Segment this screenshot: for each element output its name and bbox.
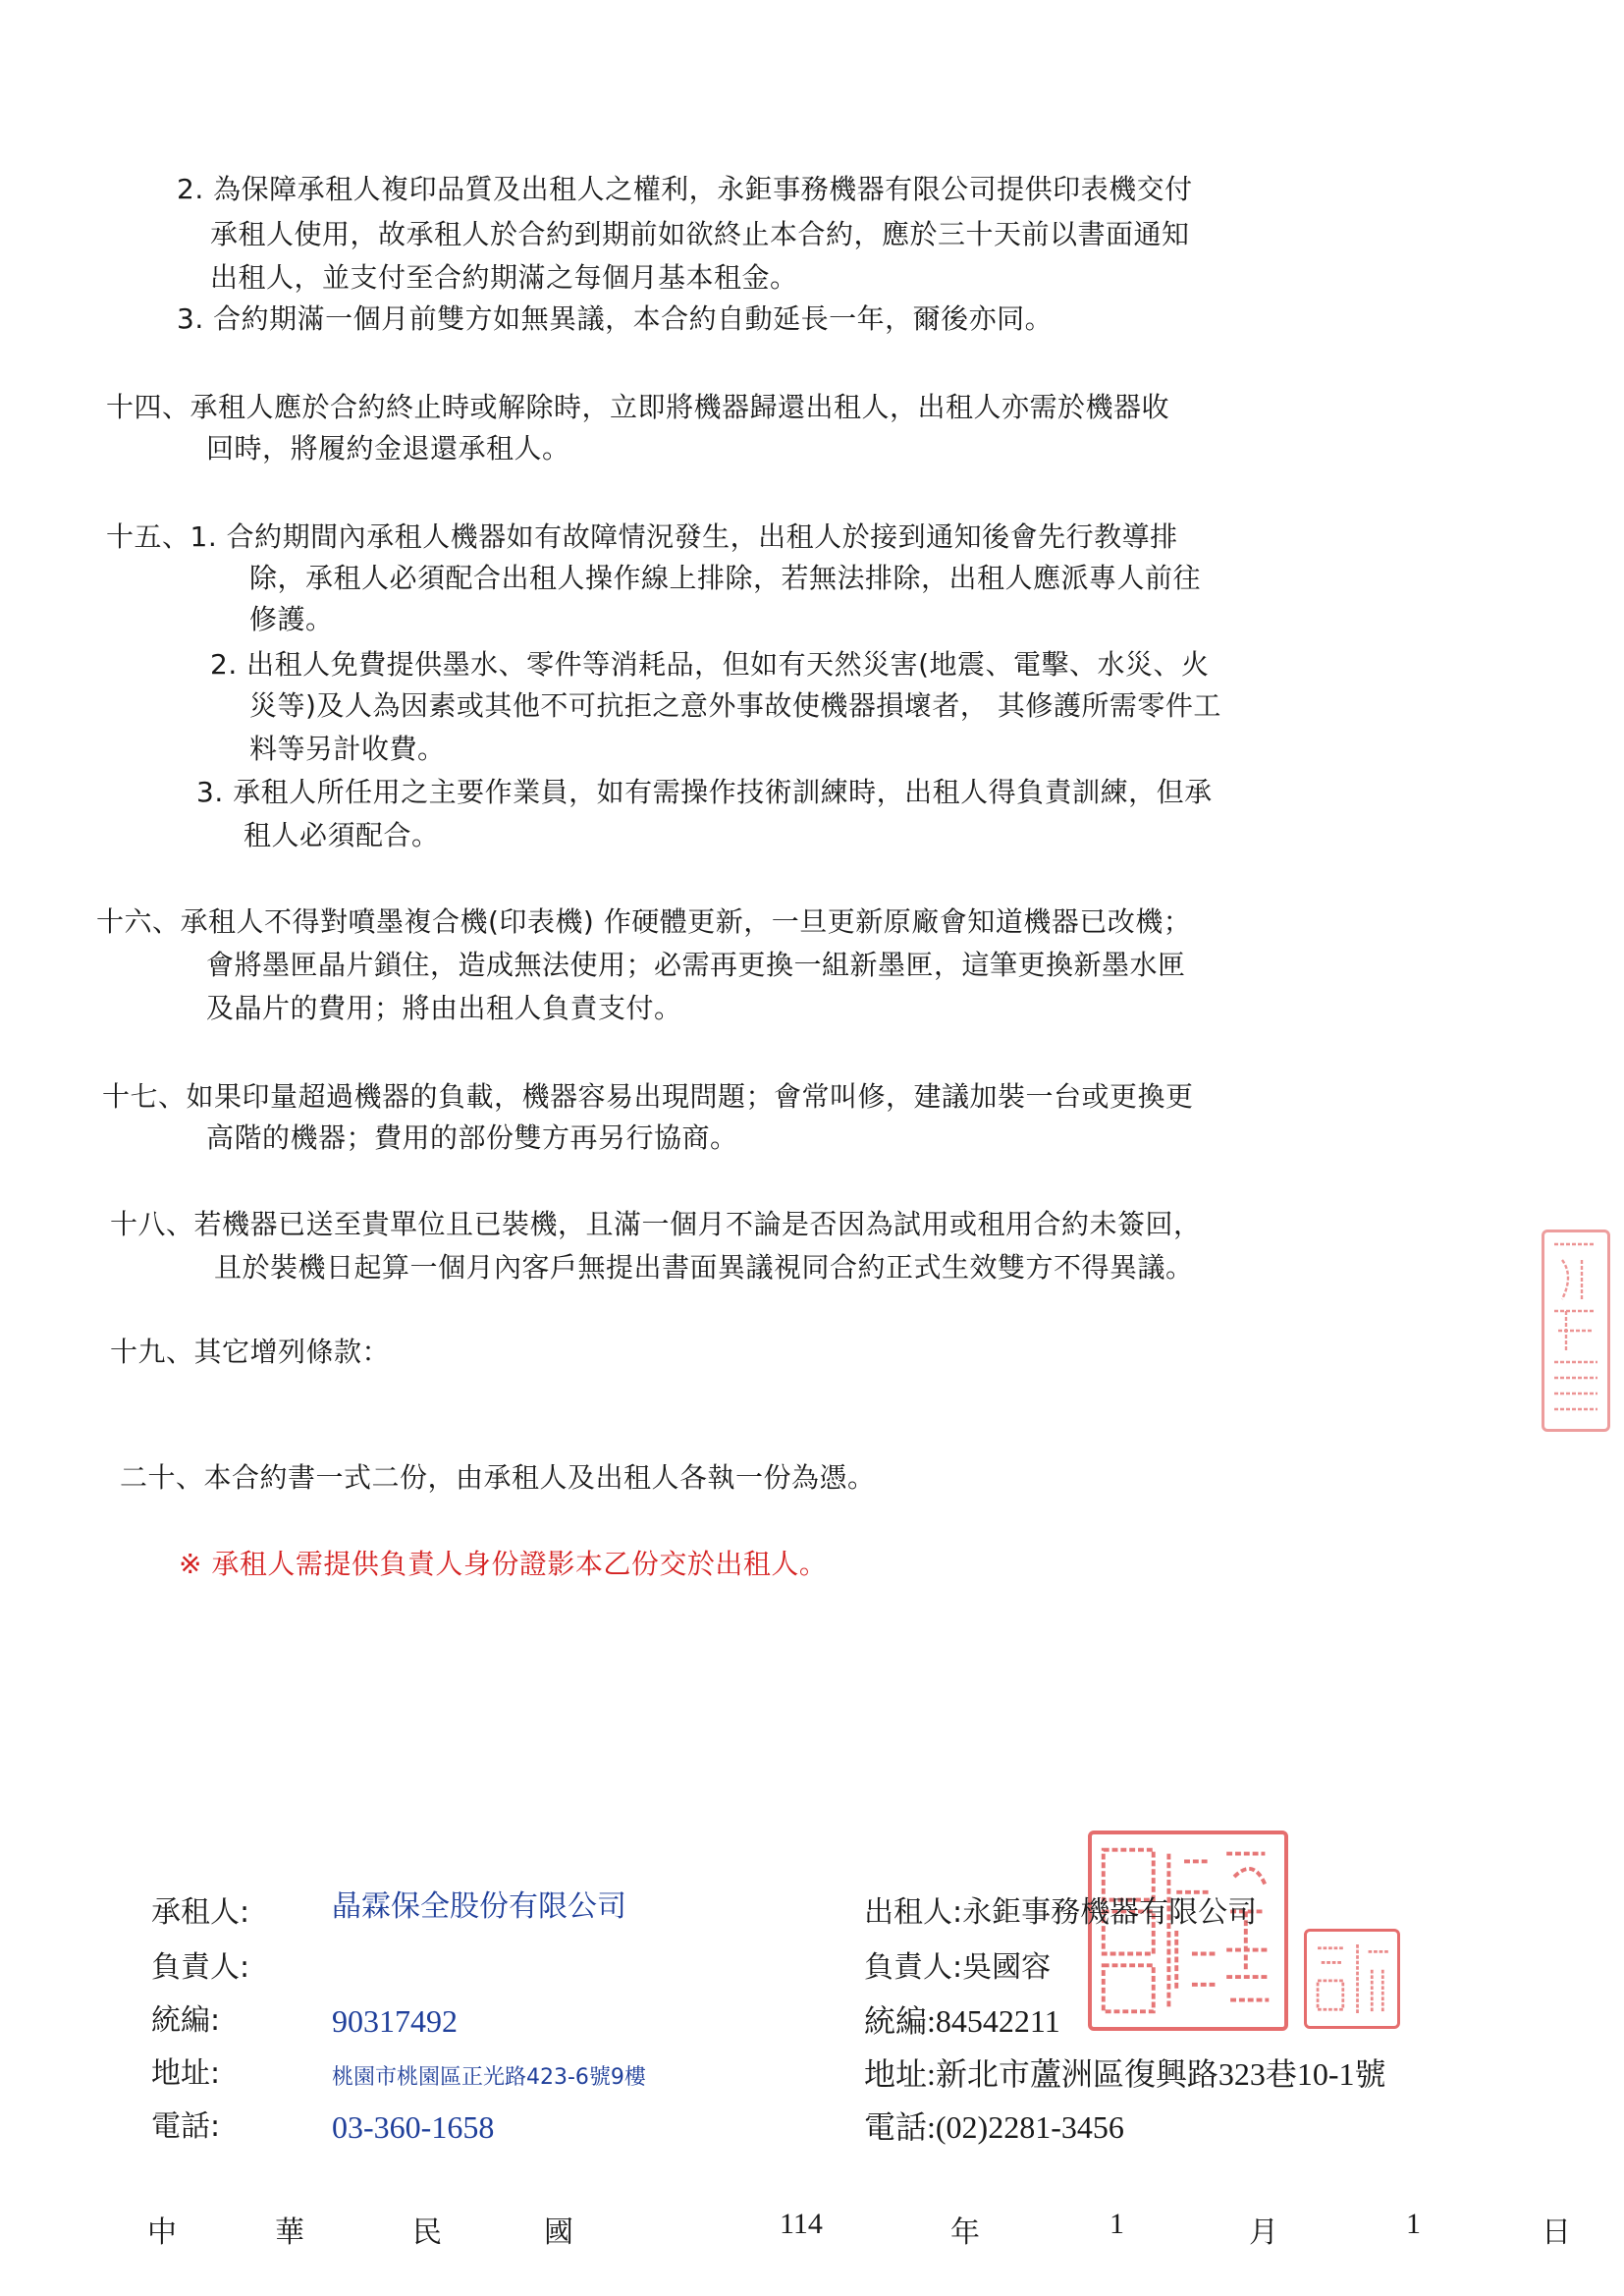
clause-13-2-line-3: 出租人，並支付至合約期滿之每個月基本租金。: [210, 261, 798, 295]
clause-18-line-1: 十八、若機器已送至貴單位且已裝機，且滿一個月不論是否因為試用或租用合約未簽回，: [110, 1208, 1202, 1241]
clause-15-2-line-1: 2. 出租人免費提供墨水、零件等消耗品，但如有天然災害(地震、電擊、水災、火: [210, 648, 1210, 682]
clause-14-line-1: 十四、承租人應於合約終止時或解除時，立即將機器歸還出租人，出租人亦需於機器收: [106, 391, 1169, 424]
lessee-address-label: 地址:: [151, 2056, 220, 2092]
date-year-unit: 年: [950, 2208, 980, 2251]
cross-page-seal-icon: [1544, 1232, 1607, 1429]
lessor-phone: 電話:(02)2281-3456: [864, 2109, 1124, 2145]
lessee-phone-value: 03-360-1658: [332, 2109, 494, 2145]
lessor-name: 出租人:永鉅事務機器有限公司: [864, 1895, 1257, 1931]
lessor-rep: 負責人:吳國容: [864, 1950, 1051, 1986]
clause-13-2-line-1: 2. 為保障承租人複印品質及出租人之權利，永鉅事務機器有限公司提供印表機交付: [177, 173, 1193, 206]
clause-17-line-1: 十七、如果印量超過機器的負載，機器容易出現問題；會常叫修，建議加裝一台或更換更: [102, 1080, 1194, 1114]
clause-15-2-line-3: 料等另計收費。: [249, 733, 446, 766]
date-year: 114: [780, 2208, 823, 2241]
clause-13-3-line-1: 3. 合約期滿一個月前雙方如無異議，本合約自動延長一年，爾後亦同。: [177, 302, 1053, 336]
clause-20: 二十、本合約書一式二份，由承租人及出租人各執一份為憑。: [120, 1461, 876, 1495]
lessee-name-value: 晶霖保全股份有限公司: [332, 1889, 626, 1925]
lessee-name-label: 承租人:: [151, 1895, 249, 1931]
lessee-tax-id-value: 90317492: [332, 2003, 458, 2039]
cross-page-seal-stamp: [1542, 1230, 1610, 1432]
personal-seal-icon: [1307, 1932, 1397, 2026]
clause-16-line-3: 及晶片的費用；將由出租人負責支付。: [206, 992, 682, 1025]
lessee-address-value: 桃園市桃園區正光路423-6號9樓: [332, 2060, 646, 2096]
lessee-rep-label: 負責人:: [151, 1950, 249, 1986]
lessee-phone-label: 電話:: [151, 2109, 220, 2145]
clause-13-2-line-2: 承租人使用，故承租人於合約到期前如欲終止本合約，應於三十天前以書面通知: [210, 218, 1190, 251]
lessee-tax-id-label: 統編:: [151, 2003, 220, 2039]
clause-15-2-line-2: 災等)及人為因素或其他不可抗拒之意外事故使機器損壞者， 其修護所需零件工: [249, 689, 1221, 723]
clause-17-line-2: 高階的機器；費用的部份雙方再另行協商。: [206, 1121, 738, 1155]
date-char-hua: 華: [275, 2208, 304, 2251]
id-copy-note: ※ 承租人需提供負責人身份證影本乙份交於出租人。: [179, 1548, 827, 1581]
clause-14-line-2: 回時，將履約金退還承租人。: [206, 432, 570, 465]
date-char-zhong: 中: [147, 2208, 177, 2251]
date-char-guo: 國: [544, 2208, 573, 2251]
clause-15-1-line-2: 除，承租人必須配合出租人操作線上排除，若無法排除，出租人應派專人前往: [249, 562, 1201, 595]
date-day-unit: 日: [1542, 2208, 1571, 2251]
clause-15-1-line-1: 十五、1. 合約期間內承租人機器如有故障情況發生，出租人於接到通知後會先行教導排: [106, 520, 1178, 554]
clause-19: 十九、其它增列條款：: [110, 1336, 390, 1369]
date-day: 1: [1406, 2208, 1421, 2241]
lessor-address: 地址:新北市蘆洲區復興路323巷10-1號: [864, 2056, 1386, 2092]
date-char-min: 民: [412, 2208, 442, 2251]
clause-16-line-1: 十六、承租人不得對噴墨複合機(印表機) 作硬體更新，一旦更新原廠會知道機器已改機…: [96, 905, 1191, 939]
date-month: 1: [1110, 2208, 1124, 2241]
company-seal-icon: [1092, 1834, 1284, 2027]
date-month-unit: 月: [1249, 2208, 1278, 2251]
company-seal-stamp: [1088, 1831, 1288, 2031]
lessor-tax-id: 統編:84542211: [864, 2003, 1060, 2039]
clause-15-3-line-1: 3. 承租人所任用之主要作業員，如有需操作技術訓練時，出租人得負責訓練，但承: [196, 776, 1213, 809]
clause-15-1-line-3: 修護。: [249, 603, 334, 636]
clause-16-line-2: 會將墨匣晶片鎖住，造成無法使用；必需再更換一組新墨匣，這筆更換新墨水匣: [206, 949, 1186, 982]
representative-seal-stamp: [1304, 1929, 1400, 2029]
clause-15-3-line-2: 租人必須配合。: [244, 819, 440, 852]
clause-18-line-2: 且於裝機日起算一個月內客戶無提出書面異議視同合約正式生效雙方不得異議。: [214, 1251, 1194, 1285]
